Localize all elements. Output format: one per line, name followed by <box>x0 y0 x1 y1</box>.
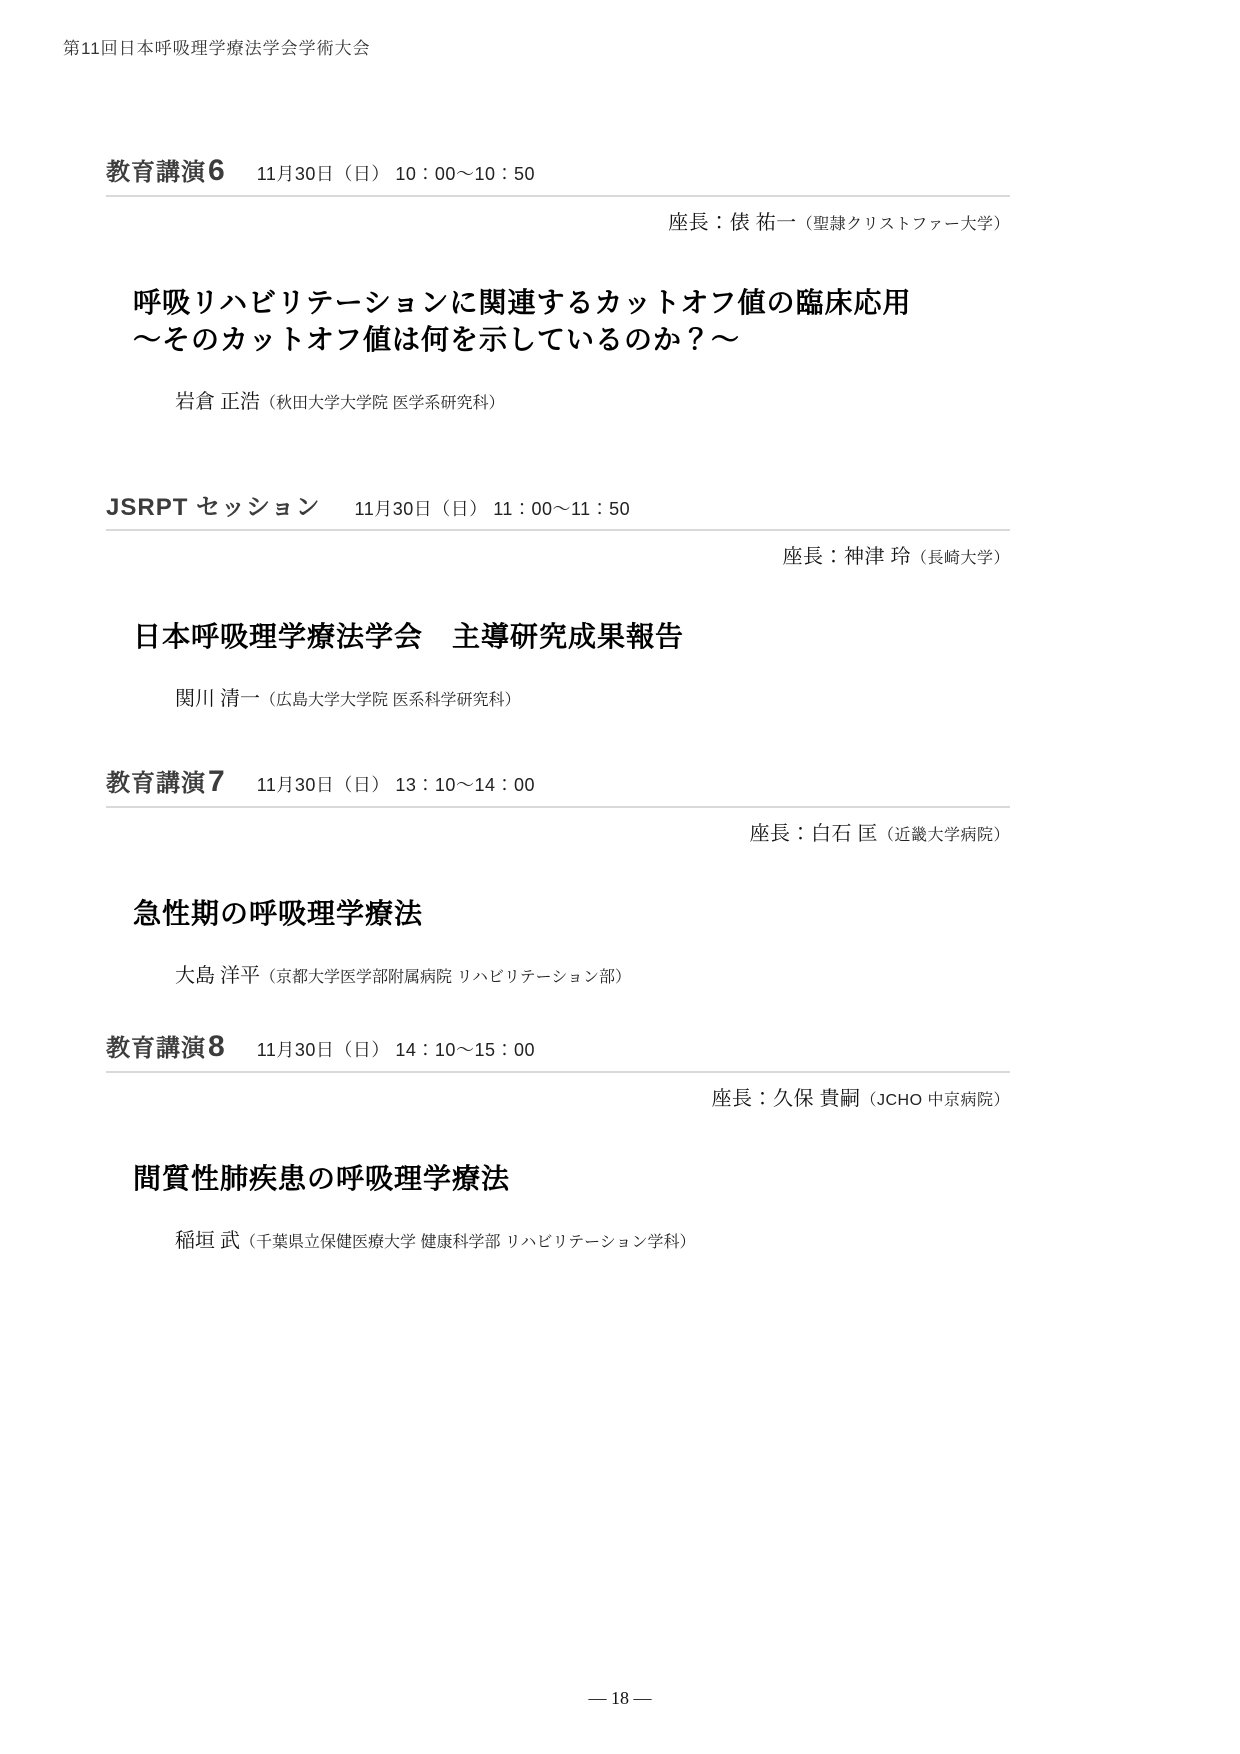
session-block-2: JSRPT セッション 11月30日（日） 11：00～11：50 座長：神津 … <box>106 487 1010 711</box>
lecture-title: 間質性肺疾患の呼吸理学療法 <box>133 1161 1010 1198</box>
session-block-4: 教育講演8 11月30日（日） 14：10～15：00 座長：久保 貴嗣（JCH… <box>106 1028 1010 1253</box>
section-divider <box>106 1071 1010 1073</box>
session-speaker: 稲垣 武（千葉県立保健医療大学 健康科学部 リハビリテーション学科） <box>175 1224 1010 1253</box>
session-heading: 教育講演7 11月30日（日） 13：10～14：00 <box>106 763 1010 799</box>
speaker-affiliation: （広島大学大学院 医系科学研究科） <box>260 692 520 709</box>
document-header: 第11回日本呼吸理学療法学会学術大会 <box>63 34 371 59</box>
section-divider <box>106 195 1010 197</box>
section-divider <box>106 806 1010 808</box>
lecture-title-line2: ～そのカットオフ値は何を示しているのか？～ <box>133 322 1010 359</box>
session-label: JSRPT セッション <box>106 487 321 522</box>
session-speaker: 関川 清一（広島大学大学院 医系科学研究科） <box>175 682 1010 711</box>
speaker-affiliation: （千葉県立保健医療大学 健康科学部 リハビリテーション学科） <box>240 1234 695 1251</box>
chair-name: 座長：神津 玲 <box>782 546 911 568</box>
lecture-title-line1: 呼吸リハビリテーションに関連するカットオフ値の臨床応用 <box>133 285 1010 322</box>
session-chair: 座長：俵 祐一（聖隷クリストファー大学） <box>106 206 1010 235</box>
page-number: ― 18 ― <box>0 1688 1240 1709</box>
session-chair: 座長：白石 匡（近畿大学病院） <box>106 817 1010 846</box>
session-heading: 教育講演8 11月30日（日） 14：10～15：00 <box>106 1028 1010 1064</box>
lecture-title-line1: 間質性肺疾患の呼吸理学療法 <box>133 1161 1010 1198</box>
speaker-name: 稲垣 武 <box>175 1230 240 1252</box>
session-label: 教育講演 <box>106 1028 206 1063</box>
section-divider <box>106 529 1010 531</box>
session-datetime: 11月30日（日） 13：10～14：00 <box>257 771 535 797</box>
session-speaker: 大島 洋平（京都大学医学部附属病院 リハビリテーション部） <box>175 959 1010 988</box>
session-datetime: 11月30日（日） 14：10～15：00 <box>257 1036 535 1062</box>
lecture-title: 日本呼吸理学療法学会 主導研究成果報告 <box>133 619 1010 656</box>
speaker-affiliation: （秋田大学大学院 医学系研究科） <box>260 395 504 412</box>
chair-affiliation: （聖隷クリストファー大学） <box>797 216 1010 233</box>
lecture-title: 急性期の呼吸理学療法 <box>133 896 1010 933</box>
session-datetime: 11月30日（日） 10：00～10：50 <box>257 160 535 186</box>
session-label: 教育講演 <box>106 763 206 798</box>
speaker-affiliation: （京都大学医学部附属病院 リハビリテーション部） <box>260 969 631 986</box>
session-heading: JSRPT セッション 11月30日（日） 11：00～11：50 <box>106 487 1010 522</box>
speaker-name: 関川 清一 <box>175 688 260 710</box>
session-label: 教育講演 <box>106 152 206 187</box>
session-block-3: 教育講演7 11月30日（日） 13：10～14：00 座長：白石 匡（近畿大学… <box>106 763 1010 988</box>
lecture-title-line1: 急性期の呼吸理学療法 <box>133 896 1010 933</box>
lecture-title: 呼吸リハビリテーションに関連するカットオフ値の臨床応用 ～そのカットオフ値は何を… <box>133 285 1010 359</box>
chair-name: 座長：久保 貴嗣 <box>711 1088 860 1110</box>
session-chair: 座長：神津 玲（長崎大学） <box>106 540 1010 569</box>
chair-name: 座長：白石 匡 <box>749 823 878 845</box>
session-datetime: 11月30日（日） 11：00～11：50 <box>355 495 631 521</box>
chair-affiliation: （JCHO 中京病院） <box>860 1092 1010 1109</box>
chair-affiliation: （近畿大学病院） <box>878 827 1010 844</box>
session-heading: 教育講演6 11月30日（日） 10：00～10：50 <box>106 152 1010 188</box>
speaker-name: 岩倉 正浩 <box>175 391 260 413</box>
speaker-name: 大島 洋平 <box>175 965 260 987</box>
program-page: 第11回日本呼吸理学療法学会学術大会 教育講演6 11月30日（日） 10：00… <box>0 0 1240 1754</box>
session-number: 6 <box>208 154 225 188</box>
session-chair: 座長：久保 貴嗣（JCHO 中京病院） <box>106 1082 1010 1111</box>
chair-affiliation: （長崎大学） <box>911 550 1010 567</box>
lecture-title-line1: 日本呼吸理学療法学会 主導研究成果報告 <box>133 619 1010 656</box>
session-speaker: 岩倉 正浩（秋田大学大学院 医学系研究科） <box>175 385 1010 414</box>
session-block-1: 教育講演6 11月30日（日） 10：00～10：50 座長：俵 祐一（聖隷クリ… <box>106 152 1010 414</box>
session-number: 7 <box>208 765 225 799</box>
session-number: 8 <box>208 1030 225 1064</box>
chair-name: 座長：俵 祐一 <box>668 212 797 234</box>
